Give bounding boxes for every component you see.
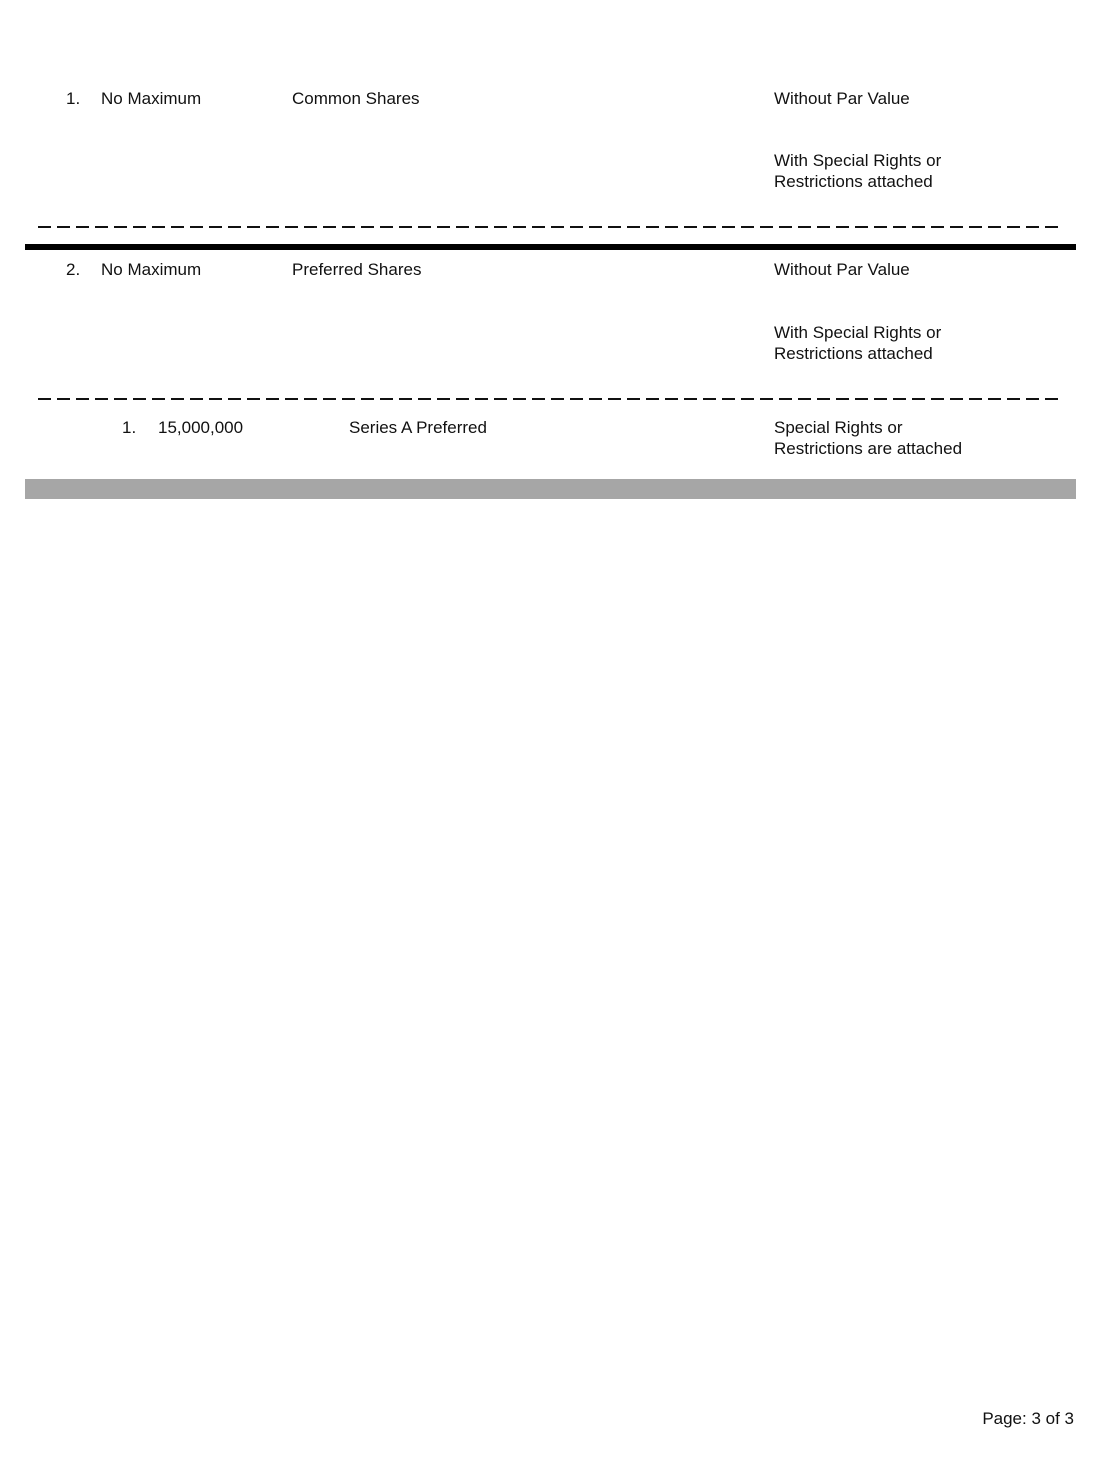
page-number: Page: 3 of 3: [982, 1408, 1074, 1429]
class-rights-line1: With Special Rights or: [774, 150, 941, 171]
series-rights-line2: Restrictions are attached: [774, 438, 962, 459]
series-maximum: 15,000,000: [158, 417, 243, 438]
class-rights-line1: With Special Rights or: [774, 322, 941, 343]
dashed-divider: [38, 226, 1058, 228]
class-maximum: No Maximum: [101, 259, 201, 280]
series-rights-line1: Special Rights or: [774, 417, 903, 438]
section-divider: [25, 244, 1076, 250]
class-number: 2.: [66, 259, 80, 280]
class-name: Common Shares: [292, 88, 420, 109]
series-name: Series A Preferred: [349, 417, 487, 438]
class-rights-line2: Restrictions attached: [774, 171, 933, 192]
class-maximum: No Maximum: [101, 88, 201, 109]
class-par-value: Without Par Value: [774, 259, 910, 280]
series-number: 1.: [122, 417, 136, 438]
class-number: 1.: [66, 88, 80, 109]
class-par-value: Without Par Value: [774, 88, 910, 109]
class-rights-line2: Restrictions attached: [774, 343, 933, 364]
dashed-divider: [38, 398, 1058, 400]
table-end-bar: [25, 479, 1076, 499]
class-name: Preferred Shares: [292, 259, 421, 280]
